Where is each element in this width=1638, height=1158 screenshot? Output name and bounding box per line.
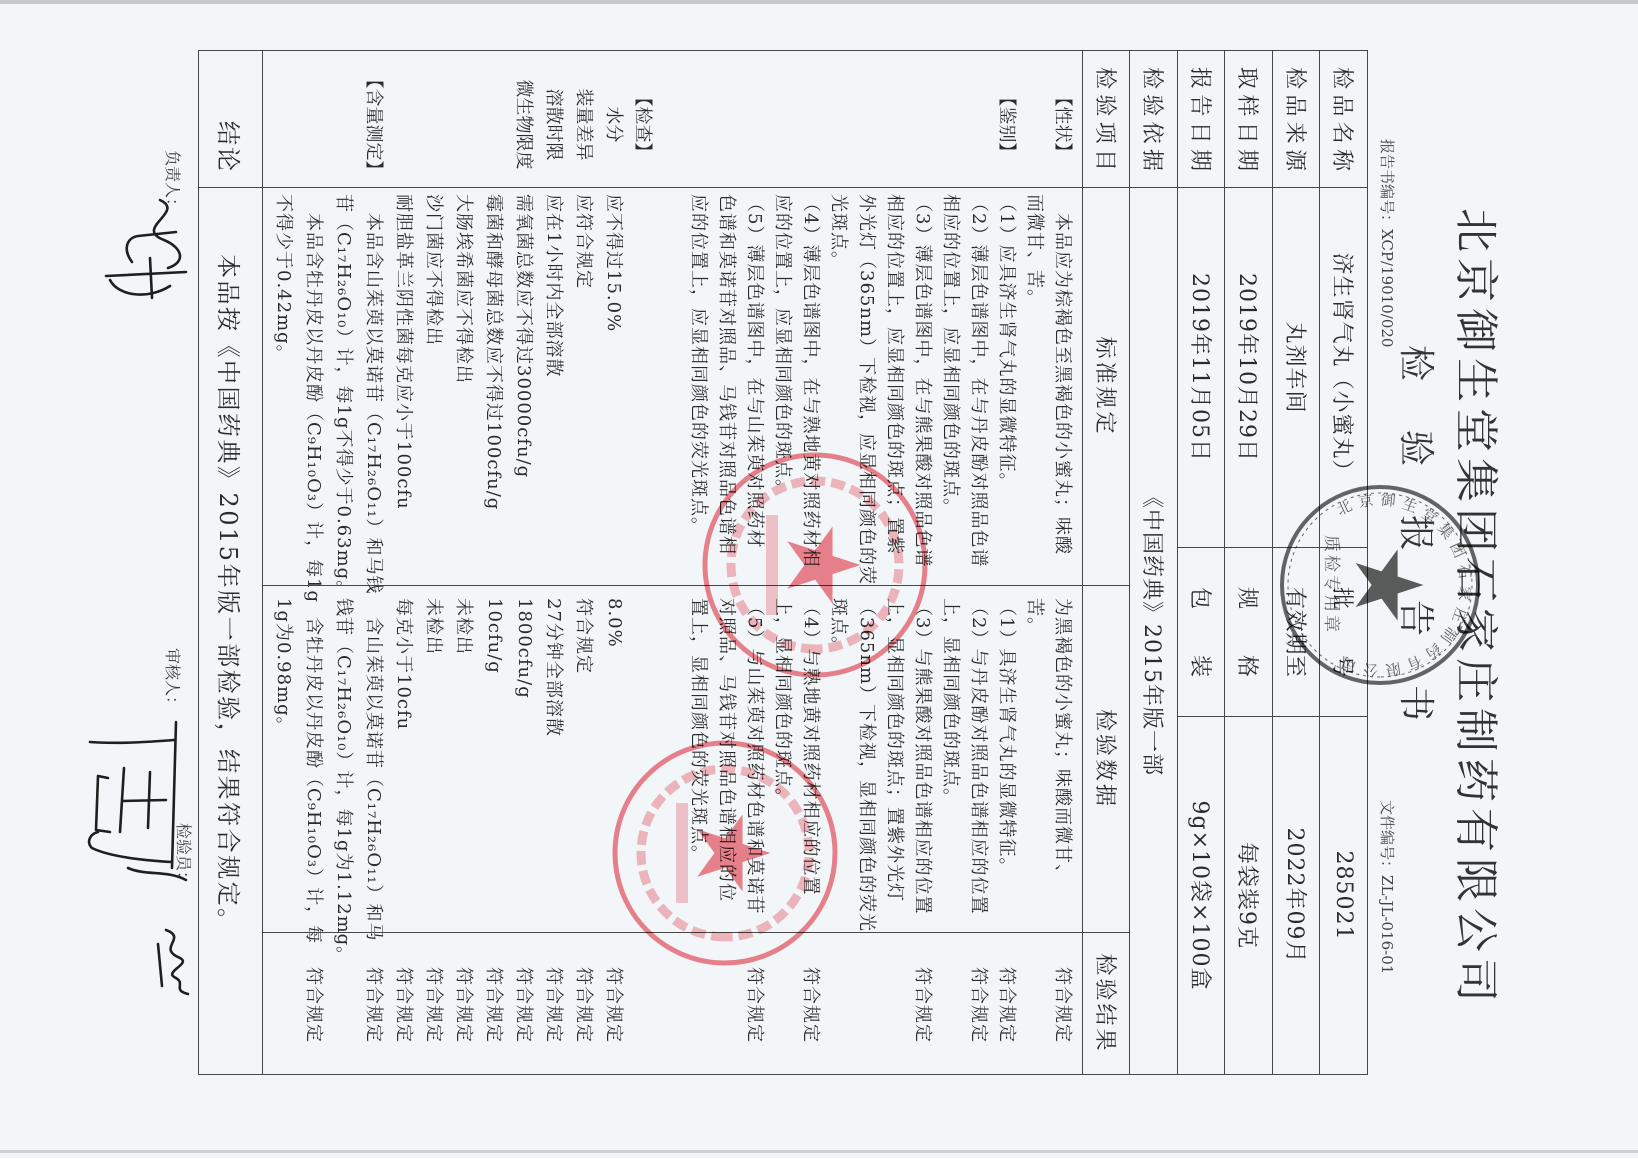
standard-cell: 需氧菌总数应不得过30000cfu/g (512, 188, 538, 586)
test-row: 光斑点。斑点。 (826, 51, 854, 1074)
test-item-cell: 【含量测定】 (362, 51, 388, 188)
standard-cell: 而微甘、苦。 (1023, 188, 1049, 586)
result-cell: 符合规定 (422, 933, 448, 1074)
conclusion-label: 结论 (199, 51, 262, 188)
test-row: 而微甘、苦。苦。 (1022, 51, 1050, 1074)
data-cell: 未检出 (452, 586, 478, 933)
test-row: 苷（C₁₇H₂₆O₁₀）计，每1g不得少于0.63mg。钱苷（C₁₇H₂₆O₁₀… (330, 51, 360, 1074)
report-number-label: 报告书编号： (1378, 139, 1396, 229)
column-divider (263, 932, 1082, 933)
test-row: 外光灯（365nm）下检视，应显相同颜色的荧（365nm）下检视，显相同颜色的荧… (854, 51, 882, 1074)
col-header-item: 检验项目 (1091, 67, 1122, 171)
data-cell: 8.0% (605, 586, 626, 933)
standard-cell: （4）薄层色谱图中，在与熟地黄对照药材相 (799, 188, 825, 586)
value-packaging: 9g×10袋×100盒 (1186, 801, 1217, 991)
test-row: 不得少于0.42mg。1g为0.98mg。 (270, 51, 300, 1074)
inspection-report-page: 北京御生堂集团石家庄制药有限公司 检验报告书 报告书编号：XCP/19010/0… (0, 0, 1638, 1158)
signature-inspector (158, 930, 188, 994)
value-sampling-date: 2019年10月29日 (1233, 273, 1264, 462)
inspector-label: 检验员： (173, 823, 193, 887)
data-cell: 为黑褐色的小蜜丸；味酸而微甘、 (1051, 586, 1077, 933)
result-cell: 符合规定 (995, 933, 1021, 1074)
report-number: 报告书编号：XCP/19010/020 (1378, 139, 1396, 347)
test-row: 【鉴别】（1）应具济生肾气丸的显微特征。（1）具济生肾气丸的显微特征。符合规定 (994, 51, 1022, 1074)
standard-cell: 应的位置上，应显相同颜色的荧光斑点。 (687, 188, 713, 586)
test-row: 相应的位置上，应显相同颜色的斑点。上，显相同颜色的斑点。 (938, 51, 966, 1074)
standard-cell: 本品含牡丹皮以丹皮酚（C₉H₁₀O₃）计，每1g (302, 188, 328, 586)
data-cell: （5）与山茱萸对照药材色谱和莫诺苷 (743, 586, 769, 933)
data-cell: 未检出 (422, 586, 448, 933)
data-cell: 27分钟全部溶散 (542, 586, 568, 933)
test-row: 【性状】 本品应为棕褐色至黑褐色的小蜜丸；味酸为黑褐色的小蜜丸；味酸而微甘、符合… (1050, 51, 1078, 1074)
standard-cell: 应符合规定 (572, 188, 598, 586)
value-product-name: 济生肾气丸（小蜜丸） (1328, 252, 1359, 482)
result-cell: 符合规定 (512, 933, 538, 1074)
standard-cell: 应不得过15.0% (602, 188, 628, 586)
data-cell: 符合规定 (572, 586, 598, 933)
test-item-cell: 【鉴别】 (995, 51, 1021, 188)
info-row-report-date: 报告日期 2019年11月05日 包装 9g×10袋×100盒 (1177, 51, 1225, 1074)
value-batch-number: 285021 (1331, 851, 1356, 941)
test-row: 本品含牡丹皮以丹皮酚（C₉H₁₀O₃）计，每1g 含牡丹皮以丹皮酚（C₉H₁₀O… (300, 51, 330, 1074)
column-header-row: 检验项目 标准规定 检验数据 检验结果 (1082, 51, 1130, 1074)
value-sample-source: 丸剂车间 (1281, 321, 1312, 413)
test-row: 【检查】 (630, 51, 658, 1074)
data-cell: 置上，显相同颜色的荧光斑点。 (687, 586, 713, 933)
standard-cell: 相应的位置上，应显相同颜色的斑点。 (939, 188, 965, 586)
result-cell: 符合规定 (602, 933, 628, 1074)
company-name: 北京御生堂集团石家庄制药有限公司 (1448, 208, 1502, 1008)
standard-cell: 相应的位置上，应显相同颜色的斑点；置紫 (883, 188, 909, 586)
test-item-cell: 微生物限度 (512, 51, 538, 188)
data-cell: 斑点。 (827, 586, 853, 933)
report-table: 检品名称 济生肾气丸（小蜜丸） 批号 285021 检品来源 丸剂车间 有效期至… (198, 50, 1368, 1075)
data-cell: 钱苷（C₁₇H₂₆O₁₀）计，每1g为1.12mg。 (332, 586, 358, 933)
standard-cell: 霉菌和酵母菌总数应不得过100cfu/g (482, 188, 508, 586)
file-number-label: 文件编号： (1378, 800, 1396, 875)
test-row: 沙门菌应不得检出未检出符合规定 (420, 51, 450, 1074)
result-cell: 符合规定 (911, 933, 937, 1074)
info-row-sampling: 取样日期 2019年10月29日 规格 每袋装9克 (1225, 51, 1273, 1074)
label-sampling-date: 取样日期 (1233, 67, 1264, 171)
file-number: 文件编号：ZL-JL-016-01 (1378, 800, 1396, 974)
result-cell: 符合规定 (392, 933, 418, 1074)
signature-responsible (106, 200, 186, 298)
col-header-data: 检验数据 (1091, 709, 1122, 809)
result-cell: 符合规定 (302, 933, 328, 1074)
data-cell: 苦。 (1023, 586, 1049, 933)
standard-cell: （5）薄层色谱图中，在与山茱萸对照药材 (743, 188, 769, 586)
result-cell: 符合规定 (542, 933, 568, 1074)
standard-cell: 应的位置上，应显相同颜色的斑点。 (771, 188, 797, 586)
data-cell: （1）具济生肾气丸的显微特征。 (995, 586, 1021, 933)
section-appearance: 【性状】 本品应为棕褐色至黑褐色的小蜜丸；味酸为黑褐色的小蜜丸；味酸而微甘、符合… (1022, 51, 1078, 1074)
data-cell: （3）与熊果酸对照品色谱相应的位置 (911, 586, 937, 933)
data-cell: 上，显相同颜色的斑点。 (939, 586, 965, 933)
standard-cell: 大肠埃希菌应不得检出 (452, 188, 478, 586)
data-cell: （2）与丹皮酚对照品色谱相应的位置 (967, 586, 993, 933)
label-batch-number: 批号 (1328, 587, 1359, 677)
test-row: 【含量测定】 本品含山茱萸以莫诺苷（C₁₇H₂₆O₁₁）和马钱 含山茱萸以莫诺苷… (360, 51, 390, 1074)
test-row: 装量差异应符合规定符合规定符合规定 (570, 51, 600, 1074)
section-checks: 【检查】水分应不得过15.0%8.0%符合规定装量差异应符合规定符合规定符合规定… (390, 51, 658, 1074)
test-item-cell: 水分 (602, 51, 628, 188)
value-report-date: 2019年11月05日 (1186, 273, 1217, 462)
section-assay: 【含量测定】 本品含山茱萸以莫诺苷（C₁₇H₂₆O₁₁）和马钱 含山茱萸以莫诺苷… (270, 51, 390, 1074)
test-row: 溶散时限应在1小时内全部溶散27分钟全部溶散符合规定 (540, 51, 570, 1074)
column-divider (263, 187, 1082, 188)
test-row: （3）薄层色谱图中，在与熊果酸对照品色谱（3）与熊果酸对照品色谱相应的位置符合规… (910, 51, 938, 1074)
standard-cell: 色谱和莫诺苷对照品、马钱苷对照品色谱相 (715, 188, 741, 586)
test-item-cell: 装量差异 (572, 51, 598, 188)
test-row: （5）薄层色谱图中，在与山茱萸对照药材（5）与山茱萸对照药材色谱和莫诺苷符合规定 (742, 51, 770, 1074)
data-cell: 含山茱萸以莫诺苷（C₁₇H₂₆O₁₁）和马 (362, 586, 388, 933)
test-results-body: 【性状】 本品应为棕褐色至黑褐色的小蜜丸；味酸为黑褐色的小蜜丸；味酸而微甘、符合… (262, 51, 1082, 1074)
result-cell: 符合规定 (799, 933, 825, 1074)
standard-cell: 苷（C₁₇H₂₆O₁₀）计，每1g不得少于0.63mg。 (332, 188, 358, 586)
test-row: （4）薄层色谱图中，在与熟地黄对照药材相（4）与熟地黄对照药材相应的位置符合规定 (798, 51, 826, 1074)
label-specification: 规格 (1233, 587, 1264, 677)
col-header-standard: 标准规定 (1091, 336, 1122, 436)
data-cell: 10cfu/g (485, 586, 506, 933)
result-cell: 符合规定 (452, 933, 478, 1074)
standard-cell: 光斑点。 (827, 188, 853, 586)
document-title: 检验报告书 (1392, 345, 1438, 770)
col-header-result: 检验结果 (1091, 953, 1122, 1053)
value-test-basis: 《中国药典》2015年版一部 (1138, 486, 1169, 776)
section-identification: 【鉴别】（1）应具济生肾气丸的显微特征。（1）具济生肾气丸的显微特征。符合规定（… (686, 51, 1022, 1074)
data-cell: 对照品、马钱苷对照品色谱相应的位 (715, 586, 741, 933)
standard-cell: （3）薄层色谱图中，在与熊果酸对照品色谱 (911, 188, 937, 586)
data-cell: 1g为0.98mg。 (272, 586, 298, 933)
standard-cell: 沙门菌应不得检出 (422, 188, 448, 586)
standard-cell: （2）薄层色谱图中，在与丹皮酚对照品色谱 (967, 188, 993, 586)
result-cell: 符合规定 (362, 933, 388, 1074)
test-row: （2）薄层色谱图中，在与丹皮酚对照品色谱（2）与丹皮酚对照品色谱相应的位置符合规… (966, 51, 994, 1074)
label-sample-source: 检品来源 (1281, 67, 1312, 171)
test-row: 水分应不得过15.0%8.0%符合规定 (600, 51, 630, 1074)
standard-cell: 耐胆盐革兰阴性菌每克应小于100cfu (392, 188, 418, 586)
test-row: 耐胆盐革兰阴性菌每克应小于100cfu每克小于10cfu符合规定 (390, 51, 420, 1074)
value-expiry: 2022年09月 (1281, 828, 1312, 964)
info-row-product: 检品名称 济生肾气丸（小蜜丸） 批号 285021 (1320, 51, 1368, 1074)
responsible-person-label: 负责人： (162, 150, 182, 214)
conclusion-row: 结论 本品按《中国药典》2015年版一部检验，结果符合规定。 (199, 51, 262, 1074)
signature-reviewer (89, 722, 186, 880)
report-number-value: XCP/19010/020 (1378, 229, 1396, 347)
label-expiry: 有效期至 (1281, 587, 1312, 677)
result-cell: 符合规定 (572, 933, 598, 1074)
label-packaging: 包装 (1186, 587, 1217, 677)
data-cell: （365nm）下检视，显相同颜色的荧光 (855, 586, 881, 933)
data-cell: 上，显相同颜色的斑点；置紫外光灯 (883, 586, 909, 933)
test-row: 应的位置上，应显相同颜色的荧光斑点。置上，显相同颜色的荧光斑点。 (686, 51, 714, 1074)
file-number-value: ZL-JL-016-01 (1378, 875, 1396, 974)
standard-cell: 应在1小时内全部溶散 (542, 188, 568, 586)
conclusion-text: 本品按《中国药典》2015年版一部检验，结果符合规定。 (199, 188, 262, 1074)
standard-cell: （1）应具济生肾气丸的显微特征。 (995, 188, 1021, 586)
test-item-cell: 【检查】 (631, 51, 657, 188)
test-row: 应的位置上，应显相同颜色的斑点。上，显相同颜色的斑点。 (770, 51, 798, 1074)
result-cell: 符合规定 (743, 933, 769, 1074)
label-product-name: 检品名称 (1328, 67, 1359, 171)
reviewer-label: 审核人： (162, 648, 182, 712)
value-specification: 每袋装9克 (1233, 842, 1264, 949)
data-cell: 1800cfu/g (515, 586, 536, 933)
test-row: 微生物限度需氧菌总数应不得过30000cfu/g1800cfu/g符合规定 (510, 51, 540, 1074)
result-cell: 符合规定 (1051, 933, 1077, 1074)
column-divider (263, 585, 1082, 586)
data-cell: 上，显相同颜色的斑点。 (771, 586, 797, 933)
data-cell: 每克小于10cfu (392, 586, 418, 933)
test-row: 相应的位置上，应显相同颜色的斑点；置紫上，显相同颜色的斑点；置紫外光灯 (882, 51, 910, 1074)
standard-cell: 本品含山茱萸以莫诺苷（C₁₇H₂₆O₁₁）和马钱 (362, 188, 388, 586)
standard-cell: 外光灯（365nm）下检视，应显相同颜色的荧 (855, 188, 881, 586)
data-cell: 含牡丹皮以丹皮酚（C₉H₁₀O₃）计，每 (302, 586, 328, 933)
result-cell: 符合规定 (482, 933, 508, 1074)
info-row-basis: 检验依据 《中国药典》2015年版一部 (1130, 51, 1178, 1074)
test-row: 霉菌和酵母菌总数应不得过100cfu/g10cfu/g符合规定 (480, 51, 510, 1074)
standard-cell: 不得少于0.42mg。 (272, 188, 298, 586)
test-item-cell: 【性状】 (1051, 51, 1077, 188)
label-report-date: 报告日期 (1186, 67, 1217, 171)
result-cell: 符合规定 (967, 933, 993, 1074)
standard-cell: 本品应为棕褐色至黑褐色的小蜜丸；味酸 (1051, 188, 1077, 586)
label-test-basis: 检验依据 (1138, 67, 1169, 171)
test-row: 色谱和莫诺苷对照品、马钱苷对照品色谱相对照品、马钱苷对照品色谱相应的位 (714, 51, 742, 1074)
test-item-cell: 溶散时限 (542, 51, 568, 188)
info-row-source: 检品来源 丸剂车间 有效期至 2022年09月 (1272, 51, 1320, 1074)
test-row: 大肠埃希菌应不得检出未检出符合规定 (450, 51, 480, 1074)
data-cell: （4）与熟地黄对照药材相应的位置 (799, 586, 825, 933)
